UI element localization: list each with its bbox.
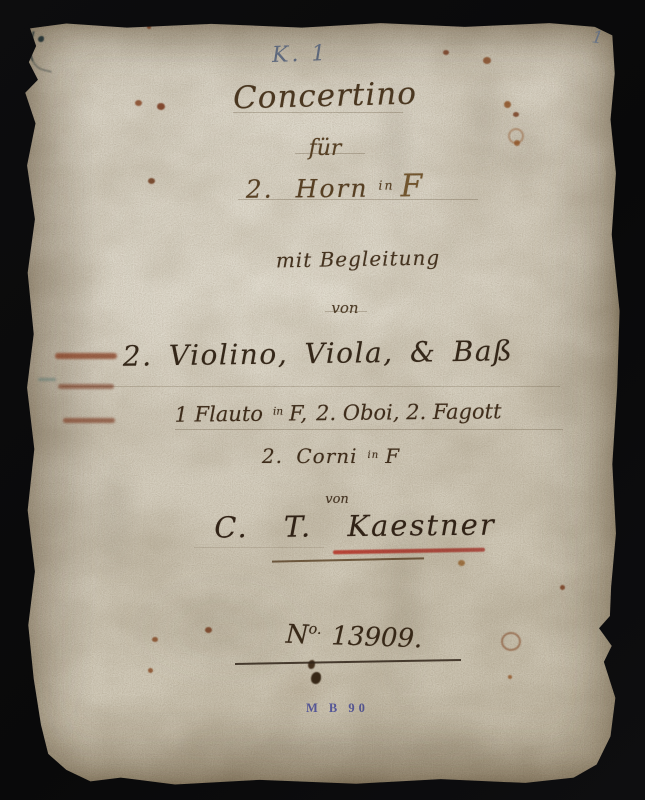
foxing-spot <box>560 585 565 590</box>
library-stamp: M B 90 <box>306 701 369 716</box>
foxing-spot <box>508 675 512 679</box>
stain <box>20 28 105 768</box>
foxing-spot <box>157 103 165 110</box>
foxing-spot <box>152 637 158 642</box>
horns-in: in <box>368 450 380 461</box>
catalog-o: o. <box>308 621 321 637</box>
folio-number: 1 <box>591 27 605 48</box>
shelfmark: K. 1 <box>272 41 329 68</box>
horns-pre: 2. Corni <box>262 444 358 468</box>
solo-in: in <box>378 178 394 193</box>
von-label-lower: von <box>325 492 349 507</box>
red-smudge <box>58 384 114 389</box>
red-smudge <box>63 418 115 423</box>
foxing-spot <box>205 627 212 633</box>
solo-pre: 2. Horn <box>246 174 369 204</box>
foxing-spot <box>483 57 491 64</box>
foxing-spot <box>504 101 511 108</box>
teal-smudge <box>38 378 56 381</box>
foxing-spot <box>148 668 153 673</box>
foxing-spot <box>147 25 151 29</box>
strings-line: 2. Violino, Viola, & Baß <box>123 334 514 372</box>
catalog-number: No.13909. <box>285 620 423 655</box>
manuscript-title-page: 1 K. 1 Concertino für 2. HorninF mit Beg… <box>18 20 622 786</box>
ring-stain <box>501 632 521 651</box>
guide-rule <box>194 547 324 548</box>
guide-rule <box>175 429 563 430</box>
foxing-spot <box>458 560 465 566</box>
winds-line: 1 FlautoinF,2. Oboi, 2. Fagott <box>174 399 501 426</box>
stain <box>488 105 558 195</box>
accompaniment-label: mit Begleitung <box>276 246 441 273</box>
horns-key: F <box>385 444 400 468</box>
catalog-n: N <box>285 620 309 651</box>
von-label-upper: von <box>331 299 358 317</box>
solo-instrument-line: 2. HorninF <box>246 168 425 206</box>
ring-stain <box>508 128 524 144</box>
photo-background: 1 K. 1 Concertino für 2. HorninF mit Beg… <box>0 0 645 800</box>
winds-key: F, <box>289 401 307 425</box>
red-smudge <box>55 353 117 359</box>
solo-key: F <box>400 168 424 204</box>
foxing-spot <box>513 112 519 117</box>
catalog-digits: 13909. <box>331 621 423 654</box>
stain <box>88 445 138 585</box>
winds-rest: 2. Oboi, 2. Fagott <box>316 399 502 425</box>
fuer-label: für <box>309 136 342 161</box>
foxing-spot <box>443 50 449 55</box>
composer-name: C. T. Kaestner <box>214 508 496 545</box>
foxing-spot <box>135 100 142 106</box>
stain <box>158 715 518 775</box>
horns-line: 2. CorniinF <box>262 444 400 468</box>
guide-rule <box>62 386 560 387</box>
foxing-spot <box>148 178 155 184</box>
winds-in: in <box>273 406 283 418</box>
winds-pre: 1 Flauto <box>174 402 263 427</box>
work-title: Concertino <box>233 76 418 117</box>
